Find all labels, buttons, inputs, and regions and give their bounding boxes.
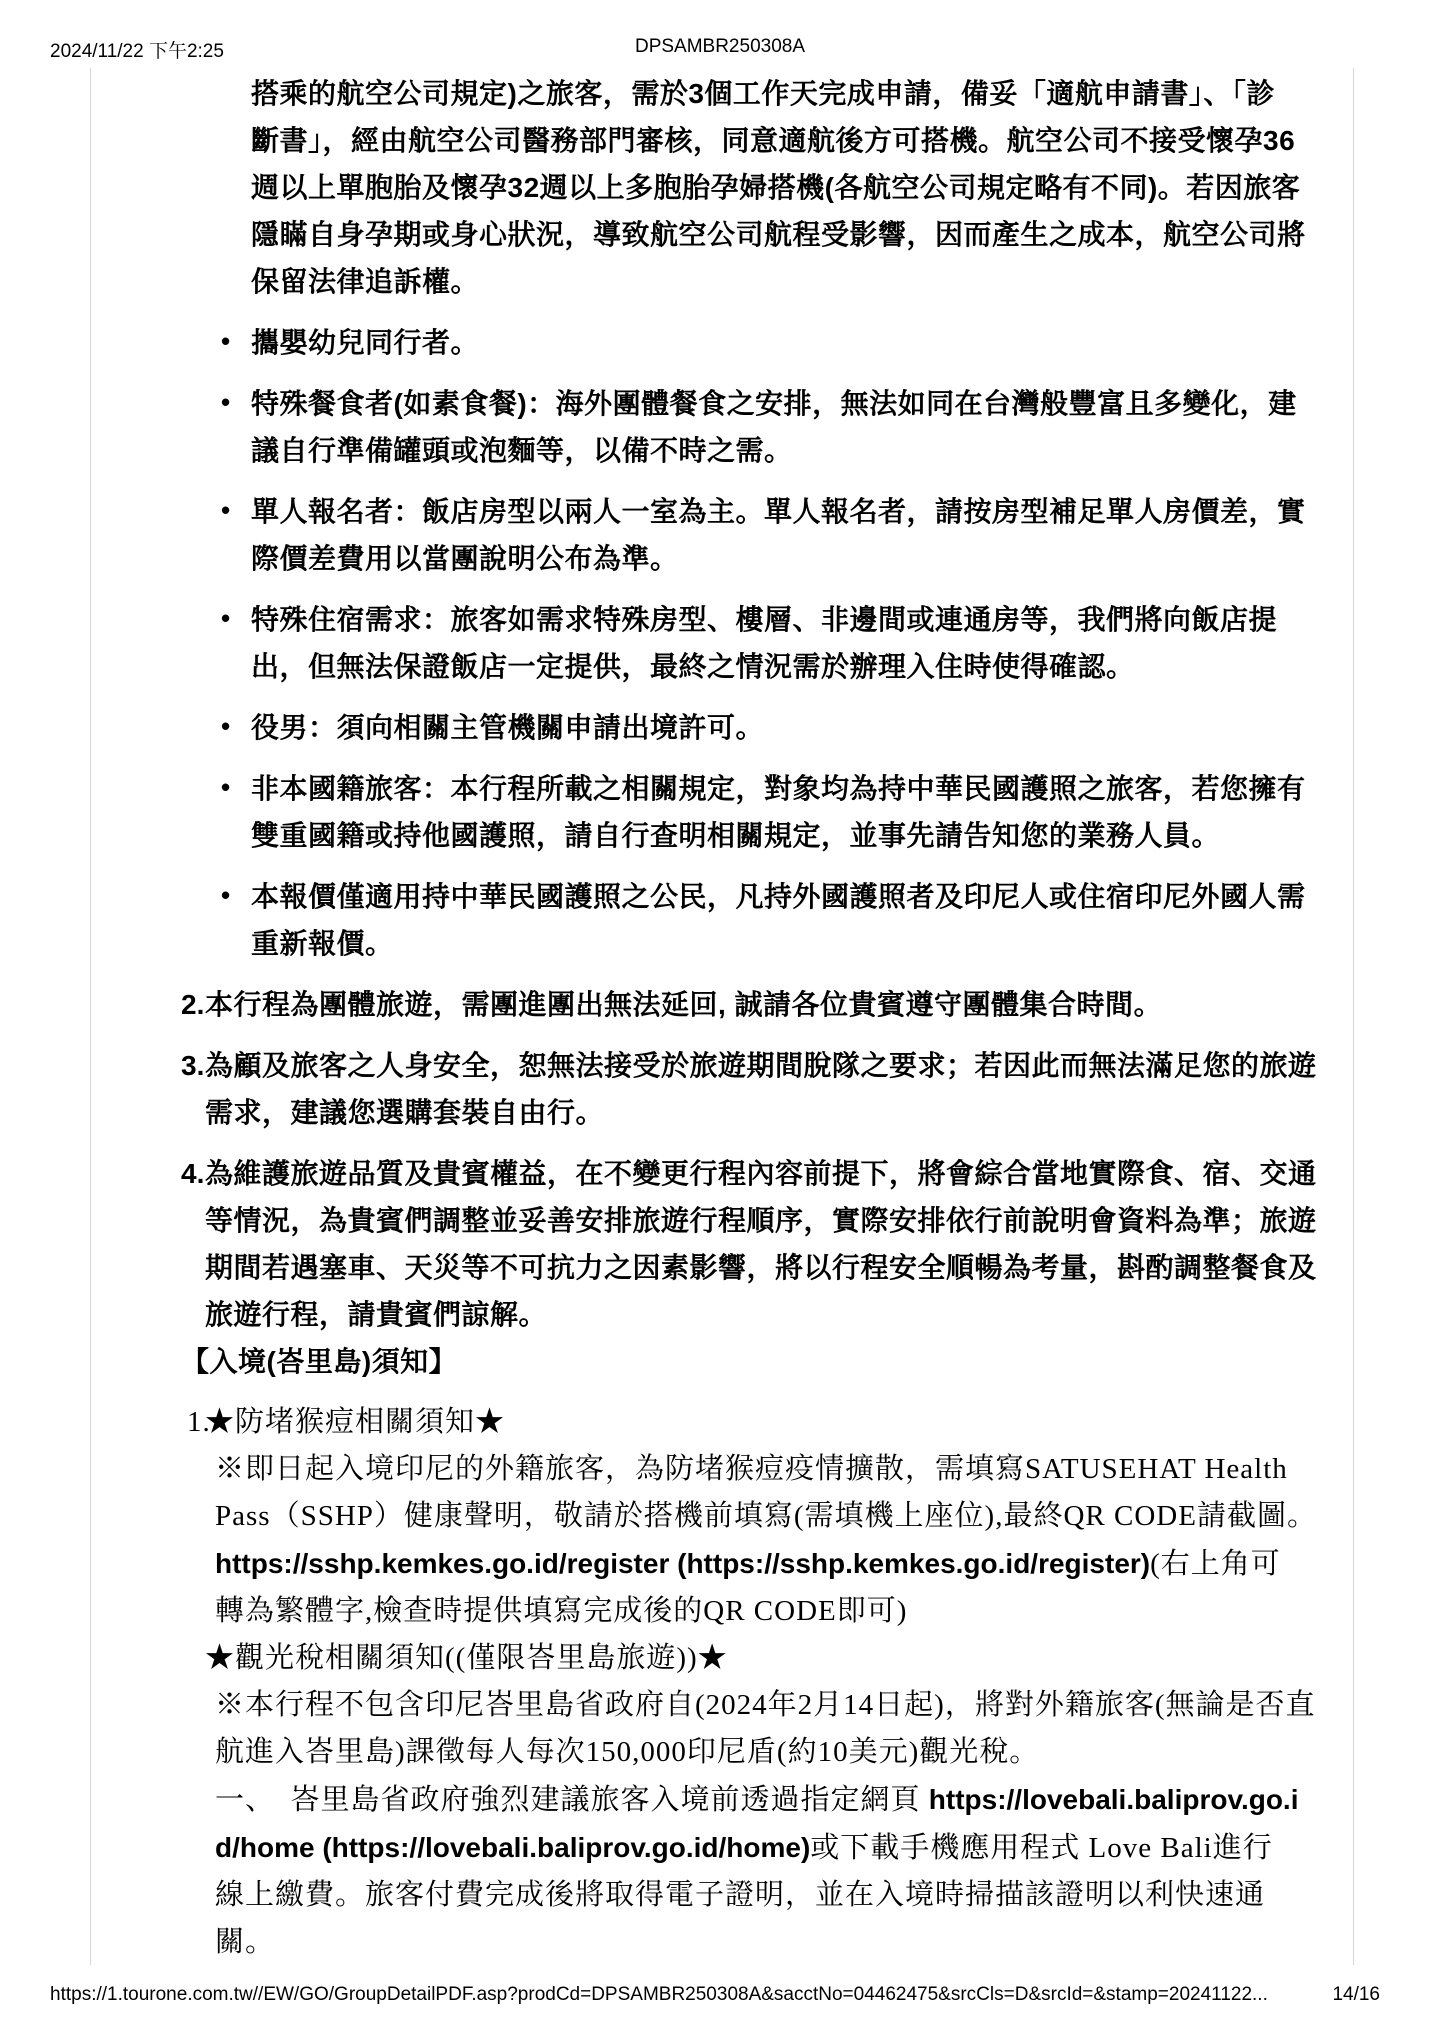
item-number: 1. [187,1399,211,1446]
text-line: 等情況，為貴賓們調整並妥善安排旅遊行程順序，實際安排依行前說明會資料為準；旅遊 [205,1197,1353,1244]
text-line: 特殊餐食者(如素食餐)：海外團體餐食之安排，無法如同在台灣般豐富且多變化，建 [251,380,1353,427]
bullet-item: • 特殊餐食者(如素食餐)：海外團體餐食之安排，無法如同在台灣般豐富且多變化，建… [251,380,1353,474]
document-code-title: DPSAMBR250308A [0,36,1440,58]
text-line: 特殊住宿需求：旅客如需求特殊房型、樓層、非邊間或連通房等，我們將向飯店提 [251,596,1353,643]
numbered-item-2: 2. 本行程為團體旅遊，需團進團出無法延回, 誠請各位貴賓遵守團體集合時間。 [205,981,1353,1028]
monkeypox-title: ★防堵猴痘相關須知★ [205,1399,1353,1446]
bullet-icon: • [221,595,231,642]
item-number: 2. [181,981,204,1028]
section-heading-bali-entry: 【入境(峇里島)須知】 [181,1338,1353,1385]
text-line: 搭乘的航空公司規定)之旅客，需於3個工作天完成申請，備妥「適航申請書」、「診 [251,70,1353,117]
bullet-item: • 役男：須向相關主管機關申請出境許可。 [251,704,1353,751]
bullet-icon: • [221,872,231,919]
text-line: 保留法律追訴權。 [251,258,1353,305]
lovebali-link[interactable]: d/home (https://lovebali.baliprov.go.id/… [215,1832,810,1863]
text-line: 役男：須向相關主管機關申請出境許可。 [251,704,1353,751]
bullet-icon: • [221,764,231,811]
text-line: 本行程為團體旅遊，需團進團出無法延回, 誠請各位貴賓遵守團體集合時間。 [205,981,1353,1028]
entry-notice-item-1: 1. ★防堵猴痘相關須知★ ※即日起入境印尼的外籍旅客，為防堵猴痘疫情擴散，需填… [205,1399,1353,1965]
numbered-item-3: 3. 為顧及旅客之人身安全，恕無法接受於旅遊期間脫隊之要求；若因此而無法滿足您的… [205,1042,1353,1136]
print-footer-url: https://1.tourone.com.tw//EW/GO/GroupDet… [50,1984,1268,2006]
pdf-print-page: 2024/11/22 下午2:25 DPSAMBR250308A 搭乘的航空公司… [0,0,1440,2038]
text-line: 際價差費用以當團說明公布為準。 [251,535,1353,582]
bullet-icon: • [221,318,231,365]
text-line: 重新報價。 [251,920,1353,967]
text-line: 為顧及旅客之人身安全，恕無法接受於旅遊期間脫隊之要求；若因此而無法滿足您的旅遊 [205,1042,1353,1089]
bullet-icon: • [221,379,231,426]
text-line: 關。 [215,1919,1353,1965]
text-line: 為維護旅遊品質及貴賓權益，在不變更行程內容前提下，將會綜合當地實際食、宿、交通 [205,1150,1353,1197]
text-line: 單人報名者：飯店房型以兩人一室為主。單人報名者，請按房型補足單人房價差，實 [251,488,1353,535]
text-line: ※本行程不包含印尼峇里島省政府自(2024年2月14日起)，將對外籍旅客(無論是… [215,1682,1353,1729]
text-line: 期間若遇塞車、天災等不可抗力之因素影響，將以行程安全順暢為考量，斟酌調整餐食及 [205,1244,1353,1291]
numbered-item-4: 4. 為維護旅遊品質及貴賓權益，在不變更行程內容前提下，將會綜合當地實際食、宿、… [205,1150,1353,1338]
text-line: 需求，建議您選購套裝自由行。 [205,1089,1353,1136]
bullet-icon: • [221,487,231,534]
text-line: 攜嬰幼兒同行者。 [251,319,1353,366]
text-line: 旅遊行程，請貴賓們諒解。 [205,1291,1353,1338]
text-line: 斷書」，經由航空公司醫務部門審核，同意適航後方可搭機。航空公司不接受懷孕36 [251,117,1353,164]
item-number: 4. [181,1150,204,1197]
text-segment: (右上角可 [1150,1548,1281,1580]
text-line: 週以上單胞胎及懷孕32週以上多胞胎孕婦搭機(各航空公司規定略有不同)。若因旅客 [251,164,1353,211]
text-line: 出，但無法保證飯店一定提供，最終之情況需於辦理入住時使得確認。 [251,643,1353,690]
text-segment: 或下載手機應用程式 Love Bali進行 [810,1832,1272,1864]
bullet-item: • 攜嬰幼兒同行者。 [251,319,1353,366]
bullet-item: • 特殊住宿需求：旅客如需求特殊房型、樓層、非邊間或連通房等，我們將向飯店提 出… [251,596,1353,690]
text-line: 非本國籍旅客：本行程所載之相關規定，對象均為持中華民國護照之旅客，若您擁有 [251,765,1353,812]
text-line: 雙重國籍或持他國護照，請自行查明相關規定，並事先請告知您的業務人員。 [251,812,1353,859]
text-line: d/home (https://lovebali.baliprov.go.id/… [215,1824,1353,1872]
bullet-icon: • [221,703,231,750]
text-line: 本報價僅適用持中華民國護照之公民，凡持外國護照者及印尼人或住宿印尼外國人需 [251,873,1353,920]
item-number: 3. [181,1042,204,1089]
sshp-register-link[interactable]: https://sshp.kemkes.go.id/register (http… [215,1548,1150,1579]
page-number: 14/16 [1332,1984,1380,2006]
tourist-tax-title: ★觀光稅相關須知((僅限峇里島旅遊))★ [205,1635,1353,1682]
paragraph-continuation: 搭乘的航空公司規定)之旅客，需於3個工作天完成申請，備妥「適航申請書」、「診 斷… [251,70,1353,305]
bullet-item: • 本報價僅適用持中華民國護照之公民，凡持外國護照者及印尼人或住宿印尼外國人需 … [251,873,1353,967]
text-line: Pass（SSHP）健康聲明，敬請於搭機前填寫(需填機上座位),最終QR COD… [215,1493,1353,1540]
notices-bold-section: 搭乘的航空公司規定)之旅客，需於3個工作天完成申請，備妥「適航申請書」、「診 斷… [91,70,1353,1385]
text-line: 一、 峇里島省政府強烈建議旅客入境前透過指定網頁 https://lovebal… [215,1776,1353,1824]
text-line: ※即日起入境印尼的外籍旅客，為防堵猴痘疫情擴散，需填寫SATUSEHAT Hea… [215,1446,1353,1493]
lovebali-link[interactable]: https://lovebali.baliprov.go.i [929,1784,1299,1815]
text-line: 轉為繁體字,檢查時提供填寫完成後的QR CODE即可) [215,1588,1353,1635]
text-line: https://sshp.kemkes.go.id/register (http… [215,1540,1353,1588]
bullet-item: • 單人報名者：飯店房型以兩人一室為主。單人報名者，請按房型補足單人房價差，實 … [251,488,1353,582]
bullet-item: • 非本國籍旅客：本行程所載之相關規定，對象均為持中華民國護照之旅客，若您擁有 … [251,765,1353,859]
text-line: 線上繳費。旅客付費完成後將取得電子證明，並在入境時掃描該證明以利快速通 [215,1872,1353,1919]
text-segment: 一、 峇里島省政府強烈建議旅客入境前透過指定網頁 [215,1784,929,1816]
text-line: 議自行準備罐頭或泡麵等，以備不時之需。 [251,427,1353,474]
text-line: 航進入峇里島)課徵每人每次150,000印尼盾(約10美元)觀光稅。 [215,1729,1353,1776]
document-page: 搭乘的航空公司規定)之旅客，需於3個工作天完成申請，備妥「適航申請書」、「診 斷… [90,68,1354,1965]
text-line: 隱瞞自身孕期或身心狀況，導致航空公司航程受影響，因而產生之成本，航空公司將 [251,211,1353,258]
